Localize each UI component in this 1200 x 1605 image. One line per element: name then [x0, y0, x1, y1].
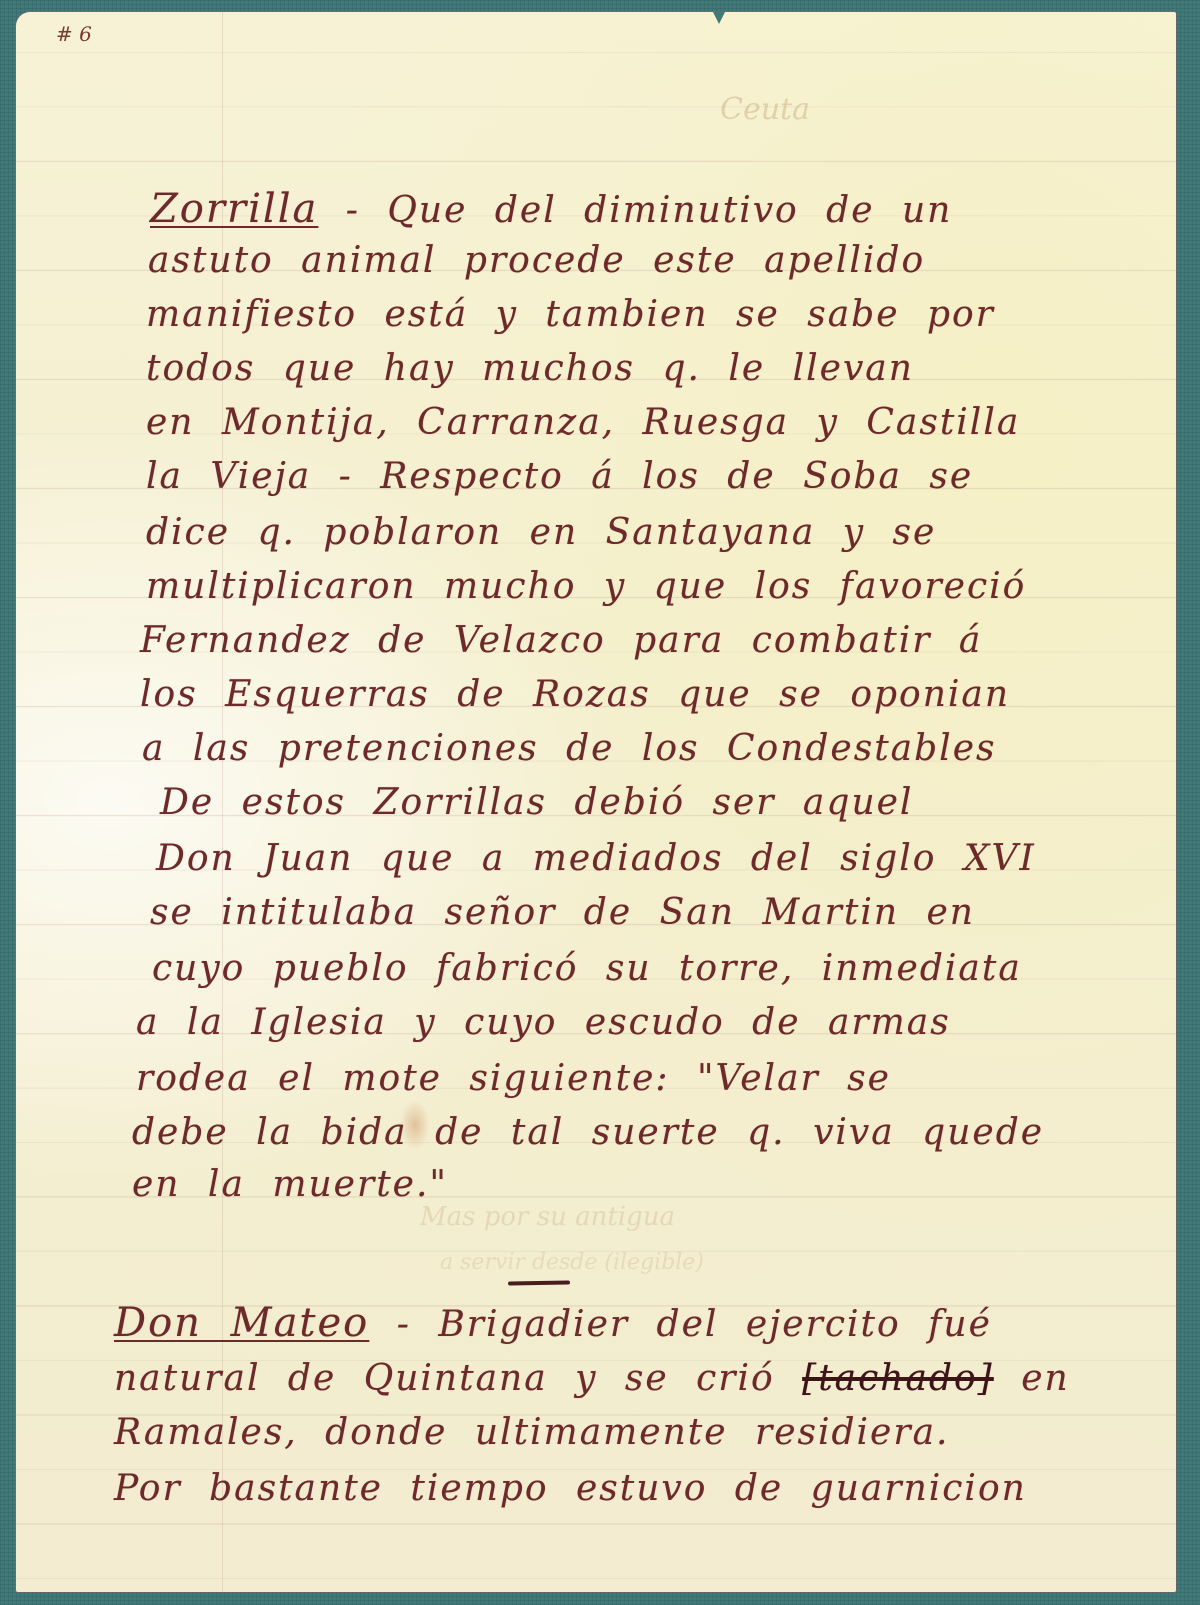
line-text: en — [1021, 1358, 1070, 1399]
manuscript-line-12: De estos Zorrillas debió ser aquel — [160, 782, 913, 823]
manuscript-line-4: todos que hay muchos q. le llevan — [146, 348, 914, 389]
manuscript-line-7: dice q. poblaron en Santayana y se — [146, 512, 936, 553]
manuscript-line-22: Ramales, donde ultimamente residiera. — [114, 1412, 949, 1453]
bleed-through-text-middle-2: a servir desde (ilegible) — [440, 1250, 704, 1275]
line-text: natural de Quintana y se crió — [114, 1358, 775, 1399]
manuscript-line-9: Fernandez de Velazco para combatir á — [140, 620, 982, 661]
entry-heading: Don Mateo — [114, 1300, 369, 1346]
manuscript-line-1: Zorrilla - Que del diminutivo de un — [150, 186, 952, 232]
manuscript-line-13: Don Juan que a mediados del siglo XVI — [156, 838, 1036, 879]
bleed-through-text-middle: Mas por su antigua — [420, 1202, 675, 1232]
manuscript-line-15: cuyo pueblo fabricó su torre, inmediata — [152, 948, 1022, 989]
manuscript-line-10: los Esquerras de Rozas que se oponian — [140, 674, 1010, 715]
manuscript-line-2: astuto animal procede este apellido — [148, 240, 925, 281]
line-text: - Brigadier del ejercito fué — [397, 1304, 992, 1345]
manuscript-line-17: rodea el mote siguiente: "Velar se — [136, 1058, 891, 1099]
manuscript-line-5: en Montija, Carranza, Ruesga y Castilla — [146, 402, 1020, 443]
manuscript-line-11: a las pretenciones de los Condestables — [142, 728, 996, 769]
manuscript-line-20: Don Mateo - Brigadier del ejercito fué — [114, 1300, 992, 1346]
struck-through-word: [tachado] — [802, 1358, 994, 1399]
line-text: - Que del diminutivo de un — [346, 190, 953, 231]
manuscript-line-23: Por bastante tiempo estuvo de guarnicion — [114, 1468, 1027, 1509]
page-number: # 6 — [56, 22, 92, 46]
manuscript-line-18: debe la bida de tal suerte q. viva quede — [132, 1112, 1044, 1153]
manuscript-line-6: la Vieja - Respecto á los de Soba se — [146, 456, 973, 497]
bleed-through-text-top: Ceuta — [720, 92, 810, 127]
manuscript-line-3: manifiesto está y tambien se sabe por — [146, 294, 995, 335]
manuscript-line-16: a la Iglesia y cuyo escudo de armas — [136, 1002, 951, 1043]
page-tear-notch — [713, 12, 725, 24]
manuscript-line-19: en la muerte." — [132, 1164, 448, 1205]
manuscript-line-21: natural de Quintana y se crió [tachado] … — [114, 1358, 1070, 1399]
manuscript-line-14: se intitulaba señor de San Martin en — [150, 892, 975, 933]
manuscript-line-8: multiplicaron mucho y que los favoreció — [146, 566, 1026, 607]
entry-heading: Zorrilla — [150, 186, 318, 232]
